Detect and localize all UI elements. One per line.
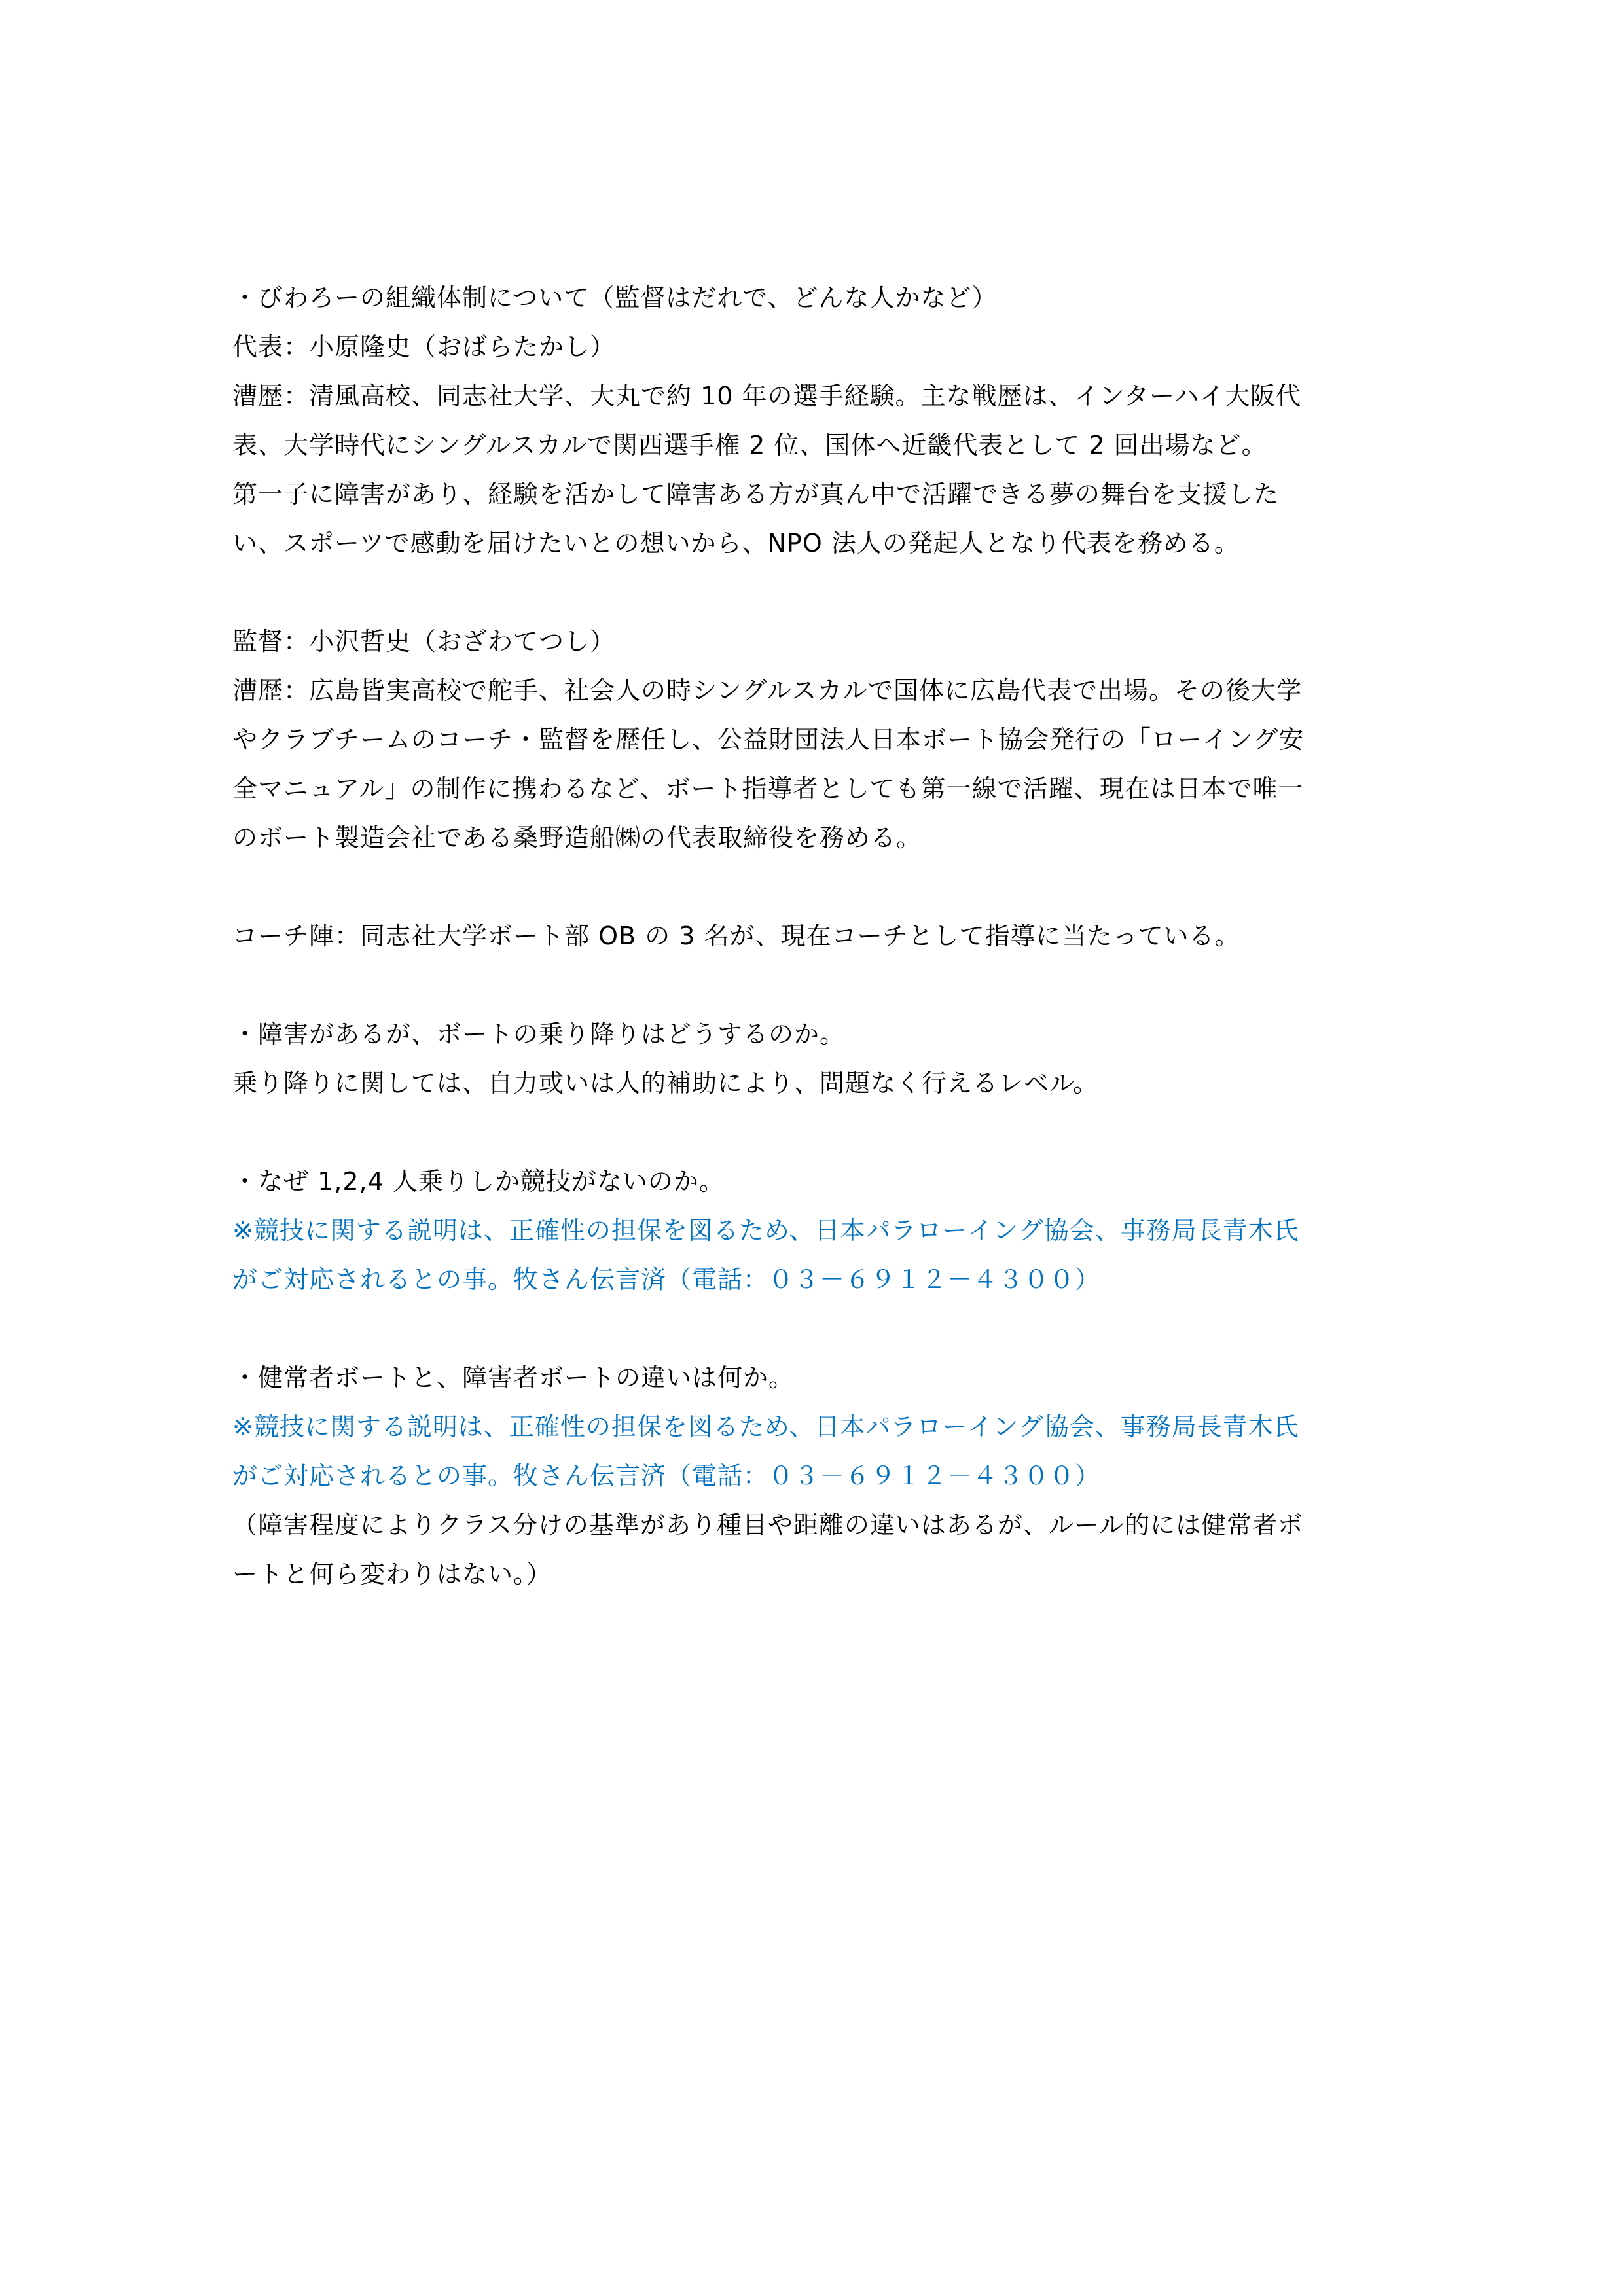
representative-career-line: い、スポーツで感動を届けたいとの想いから、NPO 法人の発起人となり代表を務める…: [232, 519, 1371, 568]
section-heading-boarding: ・障害があるが、ボートの乗り降りはどうするのか。: [232, 1010, 1371, 1059]
spacer: [232, 863, 1371, 912]
spacer: [232, 1304, 1371, 1354]
section-heading-organization: ・びわろーの組織体制について（監督はだれで、どんな人かなど）: [232, 274, 1371, 323]
contact-note-line: ※競技に関する説明は、正確性の担保を図るため、日本パラローイング協会、事務局長青…: [232, 1403, 1371, 1452]
differences-answer-line: ートと何ら変わりはない。）: [232, 1550, 1371, 1599]
representative-career-line: 第一子に障害があり、経験を活かして障害ある方が真ん中で活躍できる夢の舞台を支援し…: [232, 470, 1371, 519]
contact-note-line: がご対応されるとの事。牧さん伝言済（電話：０３－６９１２－４３００）: [232, 1452, 1371, 1501]
representative-career-line: 漕歴：清風高校、同志社大学、大丸で約 10 年の選手経験。主な戦歴は、インターハ…: [232, 372, 1371, 421]
document-page: ・びわろーの組織体制について（監督はだれで、どんな人かなど） 代表：小原隆史（お…: [0, 0, 1624, 2296]
spacer: [232, 961, 1371, 1010]
differences-answer-line: （障害程度によりクラス分けの基準があり種目や距離の違いはあるが、ルール的には健常…: [232, 1501, 1371, 1550]
contact-note-line: がご対応されるとの事。牧さん伝言済（電話：０３－６９１２－４３００）: [232, 1255, 1371, 1304]
coaching-staff: コーチ陣：同志社大学ボート部 OB の 3 名が、現在コーチとして指導に当たって…: [232, 912, 1371, 961]
coach-name: 監督：小沢哲史（おざわてつし）: [232, 617, 1371, 666]
representative-career-line: 表、大学時代にシングルスカルで関西選手権 2 位、国体へ近畿代表として 2 回出…: [232, 421, 1371, 470]
spacer: [232, 568, 1371, 617]
spacer: [232, 1108, 1371, 1157]
boarding-answer: 乗り降りに関しては、自力或いは人的補助により、問題なく行えるレベル。: [232, 1059, 1371, 1108]
coach-career-line: やクラブチームのコーチ・監督を歴任し、公益財団法人日本ボート協会発行の「ローイン…: [232, 715, 1371, 764]
section-heading-crew-sizes: ・なぜ 1,2,4 人乗りしか競技がないのか。: [232, 1157, 1371, 1206]
coach-career-line: 全マニュアル」の制作に携わるなど、ボート指導者としても第一線で活躍、現在は日本で…: [232, 764, 1371, 814]
contact-note-line: ※競技に関する説明は、正確性の担保を図るため、日本パラローイング協会、事務局長青…: [232, 1206, 1371, 1255]
section-heading-differences: ・健常者ボートと、障害者ボートの違いは何か。: [232, 1354, 1371, 1403]
representative-name: 代表：小原隆史（おばらたかし）: [232, 323, 1371, 372]
coach-career-line: 漕歴：広島皆実高校で舵手、社会人の時シングルスカルで国体に広島代表で出場。その後…: [232, 666, 1371, 715]
coach-career-line: のボート製造会社である桑野造船㈱の代表取締役を務める。: [232, 814, 1371, 863]
document-body: ・びわろーの組織体制について（監督はだれで、どんな人かなど） 代表：小原隆史（お…: [232, 274, 1371, 1599]
